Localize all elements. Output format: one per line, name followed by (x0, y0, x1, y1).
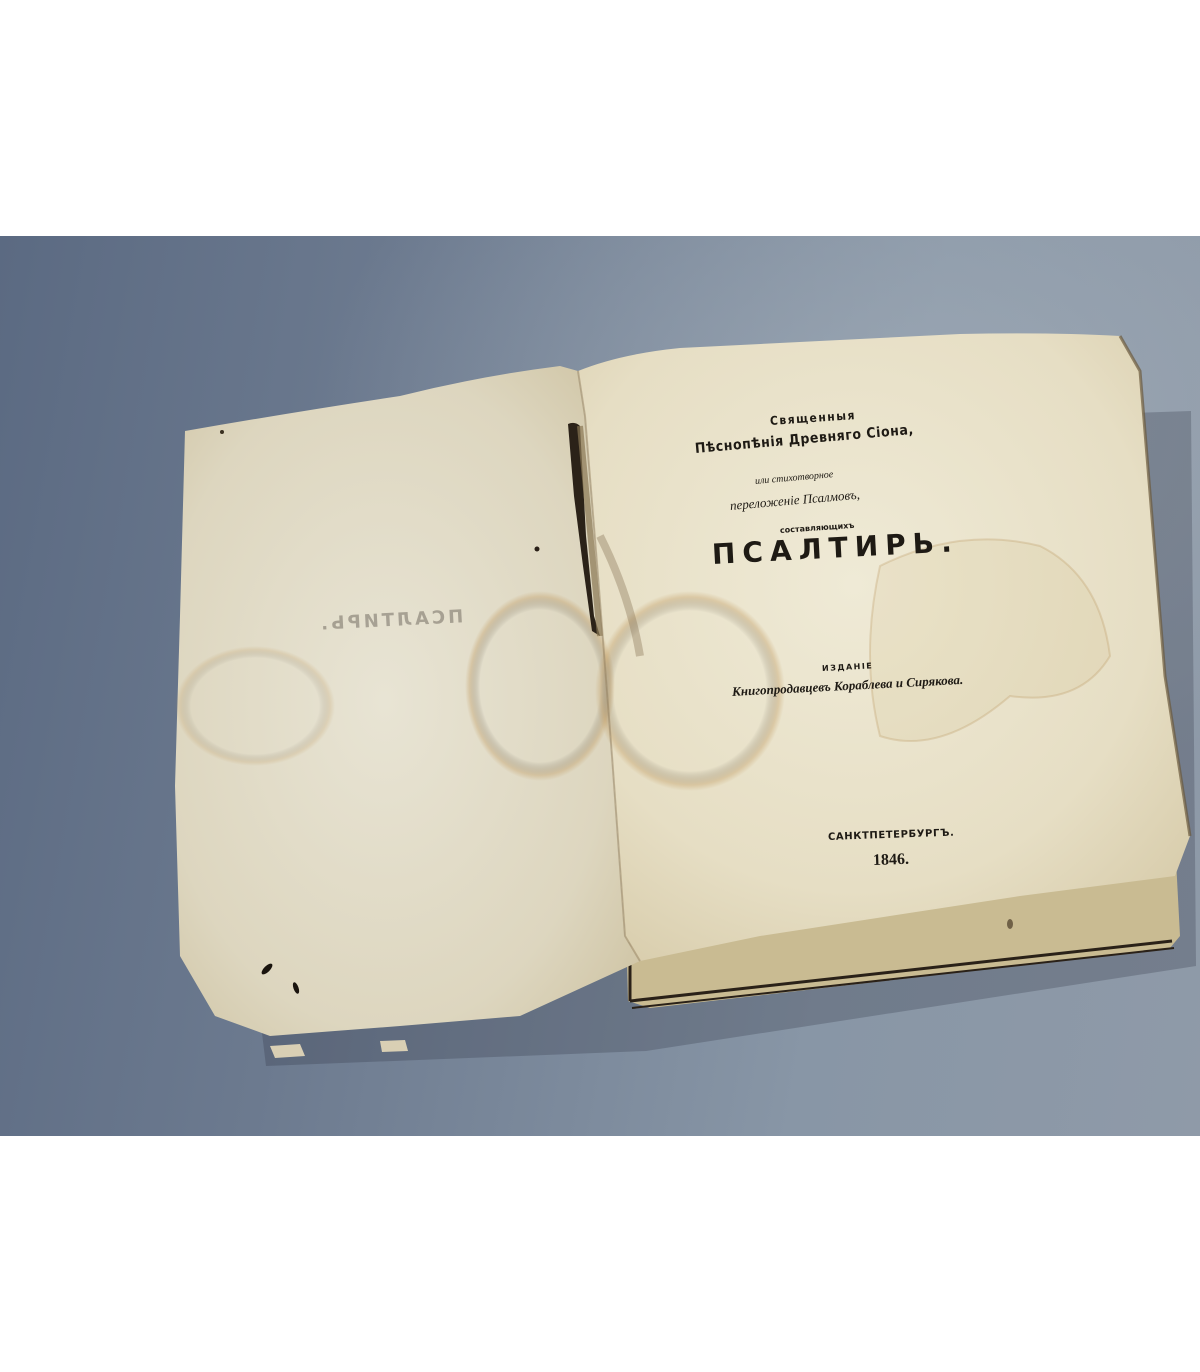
year-line: 1846. (873, 851, 910, 870)
book-photo: ПСАЛТИРЬ. Священныя Пѣснопѣнія Древняго … (0, 236, 1200, 1136)
open-book-illustration (0, 236, 1200, 1136)
